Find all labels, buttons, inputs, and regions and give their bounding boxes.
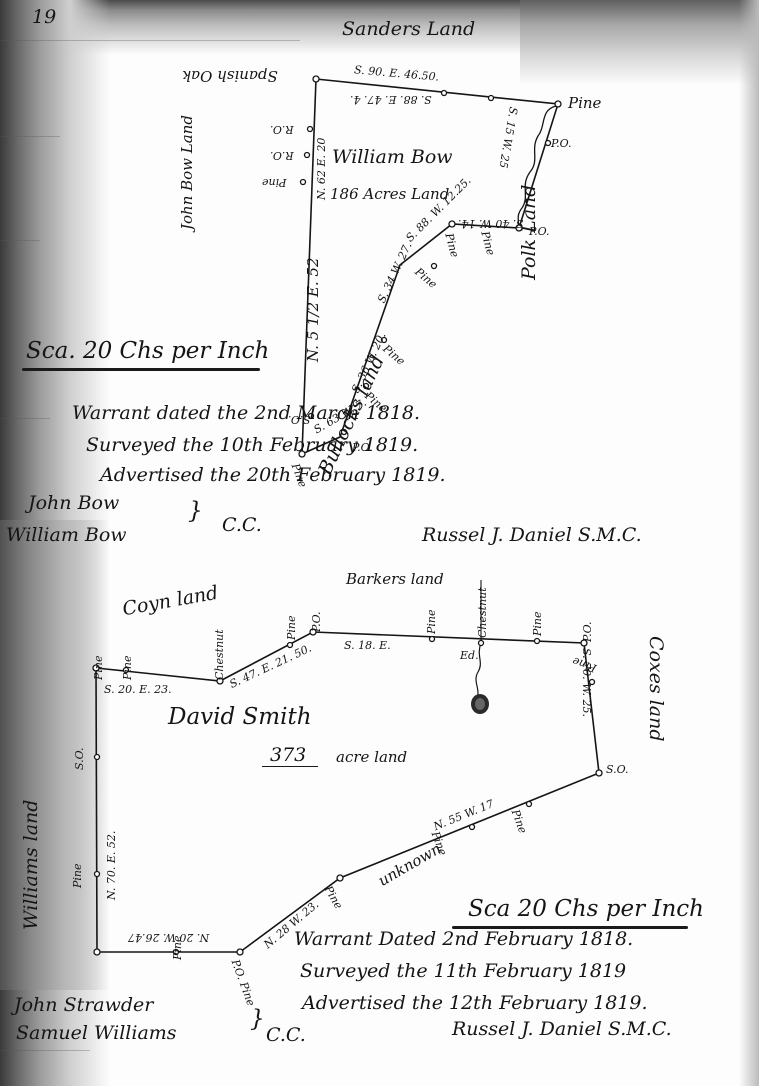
plat1-warrant-text: Warrant dated the 2nd March 1818.: [72, 404, 420, 423]
plat1-chain-carriers-suffix: C.C.: [222, 516, 262, 535]
plat2-n-pine3-label: Pine: [532, 611, 543, 636]
plat2-west-corner-1: S.O.: [74, 747, 85, 770]
plat2-west-corner-2: Pine: [72, 863, 83, 888]
plat1-west-corner-pine: Pine: [262, 177, 287, 188]
plat2-surveyor-signature: Russel J. Daniel S.M.C.: [452, 1020, 672, 1039]
plat2-nw-corner-label: Pine: [93, 655, 104, 680]
plat2-advertised-text: Advertised the 12th February 1819.: [302, 994, 648, 1013]
plat1-owner-name: William Bow: [332, 148, 453, 167]
plat2-se-corner-label: S.O.: [606, 764, 629, 775]
plat2-n1-corner-label: Pine: [122, 655, 133, 680]
plat2-n-po-label: P.O.: [311, 611, 322, 632]
plat1-west-call: N. 5 1/2 E. 52: [306, 258, 321, 363]
plat2-chestnut-corner-label: Chestnut: [214, 629, 225, 680]
plat1-west-corner-ro2: R.O.: [270, 150, 294, 161]
survey-page: 19: [0, 0, 759, 1086]
plat2-bottom-pine: Pine: [172, 935, 183, 960]
plat1-north-adjoiner: Sanders Land: [342, 20, 475, 39]
plat2-chain-carrier-1: John Strawder: [14, 996, 153, 1015]
plat1-chain-carrier-2: William Bow: [6, 526, 127, 545]
plat2-scale: Sca 20 Chs per Inch: [468, 898, 704, 921]
plat1-west-corner-ro1: R.O.: [270, 124, 294, 135]
plat2-n-pine2-label: Pine: [426, 609, 437, 634]
plat2-n-chestnut2-label: Chestnut: [477, 587, 488, 638]
plat2-acreage-number: 373: [270, 746, 306, 765]
plat1-brace: }: [188, 500, 203, 523]
plat2-north-call-1: S. 20. E. 23.: [104, 684, 172, 695]
plat1-inner-call-2: S. 40 W. 14.: [458, 218, 524, 229]
plat2-n-pine-label: Pine: [286, 615, 297, 640]
plat1-east-corner-label: P.O.: [551, 138, 572, 149]
plat2-chain-carrier-2: Samuel Williams: [16, 1024, 177, 1043]
plat2-bottom-call: N. 20 W. 26.47: [128, 932, 209, 943]
plat1-north-call-mirror: S. 88. E. 47. 4.: [350, 94, 432, 105]
plat2-north-adjoiner: Barkers land: [346, 572, 444, 587]
plat2-warrant-text: Warrant Dated 2nd February 1818.: [294, 930, 633, 949]
plat1-surveyed-text: Surveyed the 10th February 1819.: [86, 436, 418, 455]
plat1-scale-underline: [22, 368, 260, 371]
plat1-west-adjoiner: John Bow Land: [180, 115, 195, 230]
plat2-east-adjoiner: Coxes land: [646, 636, 665, 742]
plat1-west-upper-call: N. 62 E. 20: [316, 138, 327, 200]
plat2-acreage-underline: [262, 766, 318, 767]
plat2-north-call-3: S. 18. E.: [344, 640, 391, 651]
plat2-west-adjoiner: Williams land: [22, 800, 41, 930]
plat2-west-call: N. 70. E. 52.: [106, 831, 117, 900]
plat1-advertised-text: Advertised the 20th February 1819.: [100, 466, 446, 485]
plat2-brace: }: [250, 1008, 265, 1031]
plat2-surveyed-text: Surveyed the 11th February 1819: [300, 962, 626, 981]
plat2-east-call: S. 70. W. 25.: [581, 648, 592, 717]
plat1-nw-corner-label: Spanish Oak: [182, 68, 278, 83]
plat1-scale: Sca. 20 Chs per Inch: [26, 340, 269, 363]
plat1-chain-carrier-1: John Bow: [28, 494, 119, 513]
plat2-ne-corner-label: P.O.: [582, 621, 593, 642]
plat2-owner-name: David Smith: [168, 706, 312, 729]
plat1-surveyor-signature: Russel J. Daniel S.M.C.: [422, 526, 642, 545]
plat1-acreage: 186 Acres Land: [330, 187, 449, 202]
plat1-east-adjoiner: Polk Land: [520, 185, 539, 280]
plat2-branch-label: Ed.: [460, 650, 479, 661]
plat1-ne-corner-label: Pine: [568, 96, 601, 111]
plat2-acreage-text: acre land: [336, 750, 407, 765]
plat2-chain-carriers-suffix: C.C.: [266, 1026, 306, 1045]
